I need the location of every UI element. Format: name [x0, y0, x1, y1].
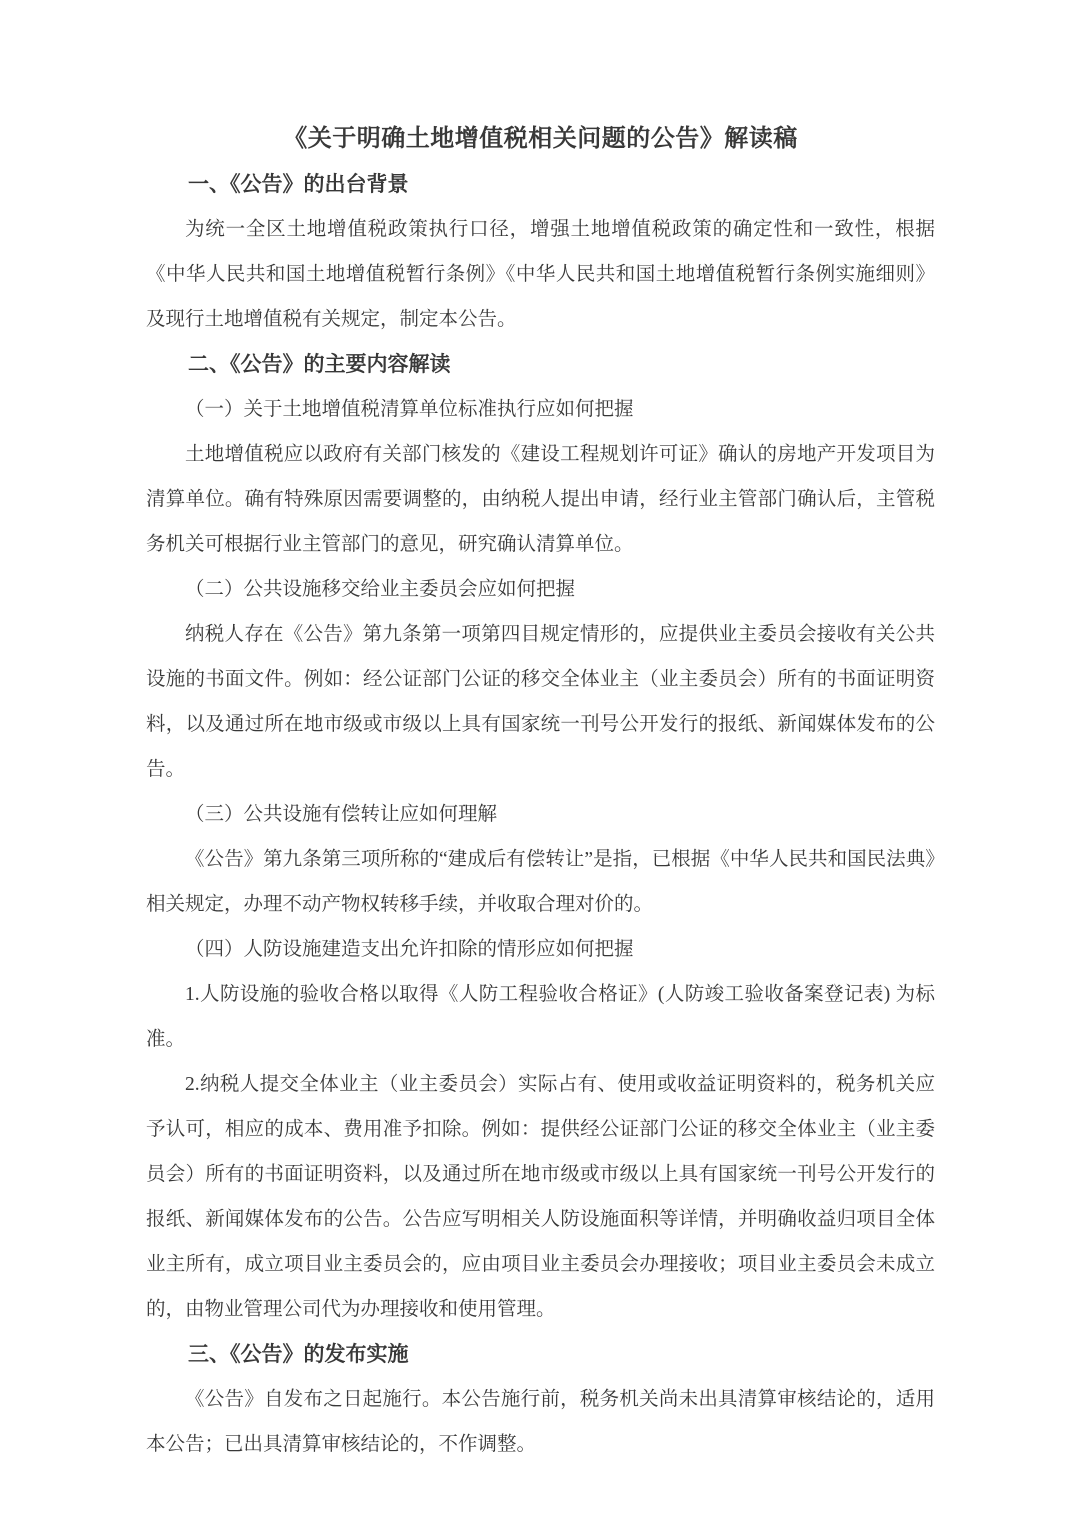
- subsection-heading-4: （四）人防设施建造支出允许扣除的情形应如何把握: [146, 927, 935, 972]
- section-heading-1: 一、《公告》的出台背景: [146, 162, 935, 207]
- list-item-2: 2.纳税人提交全体业主（业主委员会）实际占有、使用或收益证明资料的，税务机关应予…: [146, 1062, 935, 1332]
- subsection-heading-2: （二）公共设施移交给业主委员会应如何把握: [146, 567, 935, 612]
- paragraph-background: 为统一全区土地增值税政策执行口径，增强土地增值税政策的确定性和一致性，根据《中华…: [146, 207, 935, 342]
- list-item-1: 1.人防设施的验收合格以取得《人防工程验收合格证》(人防竣工验收备案登记表) 为…: [146, 972, 935, 1062]
- section-heading-2: 二、《公告》的主要内容解读: [146, 342, 935, 387]
- paragraph-public-facilities-transfer: 纳税人存在《公告》第九条第一项第四目规定情形的，应提供业主委员会接收有关公共设施…: [146, 612, 935, 792]
- section-heading-3: 三、《公告》的发布实施: [146, 1332, 935, 1377]
- paragraph-implementation: 《公告》自发布之日起施行。本公告施行前，税务机关尚未出具清算审核结论的，适用本公…: [146, 1377, 935, 1467]
- subsection-heading-3: （三）公共设施有偿转让应如何理解: [146, 792, 935, 837]
- document-body: 《关于明确土地增值税相关问题的公告》解读稿 一、《公告》的出台背景 为统一全区土…: [146, 117, 935, 1467]
- paragraph-paid-transfer: 《公告》第九条第三项所称的“建成后有偿转让”是指，已根据《中华人民共和国民法典》…: [146, 837, 935, 927]
- subsection-heading-1: （一）关于土地增值税清算单位标准执行应如何把握: [146, 387, 935, 432]
- paragraph-liquidation-unit: 土地增值税应以政府有关部门核发的《建设工程规划许可证》确认的房地产开发项目为清算…: [146, 432, 935, 567]
- document-title: 《关于明确土地增值税相关问题的公告》解读稿: [146, 117, 935, 162]
- document-page: 《关于明确土地增值税相关问题的公告》解读稿 一、《公告》的出台背景 为统一全区土…: [0, 0, 1080, 1527]
